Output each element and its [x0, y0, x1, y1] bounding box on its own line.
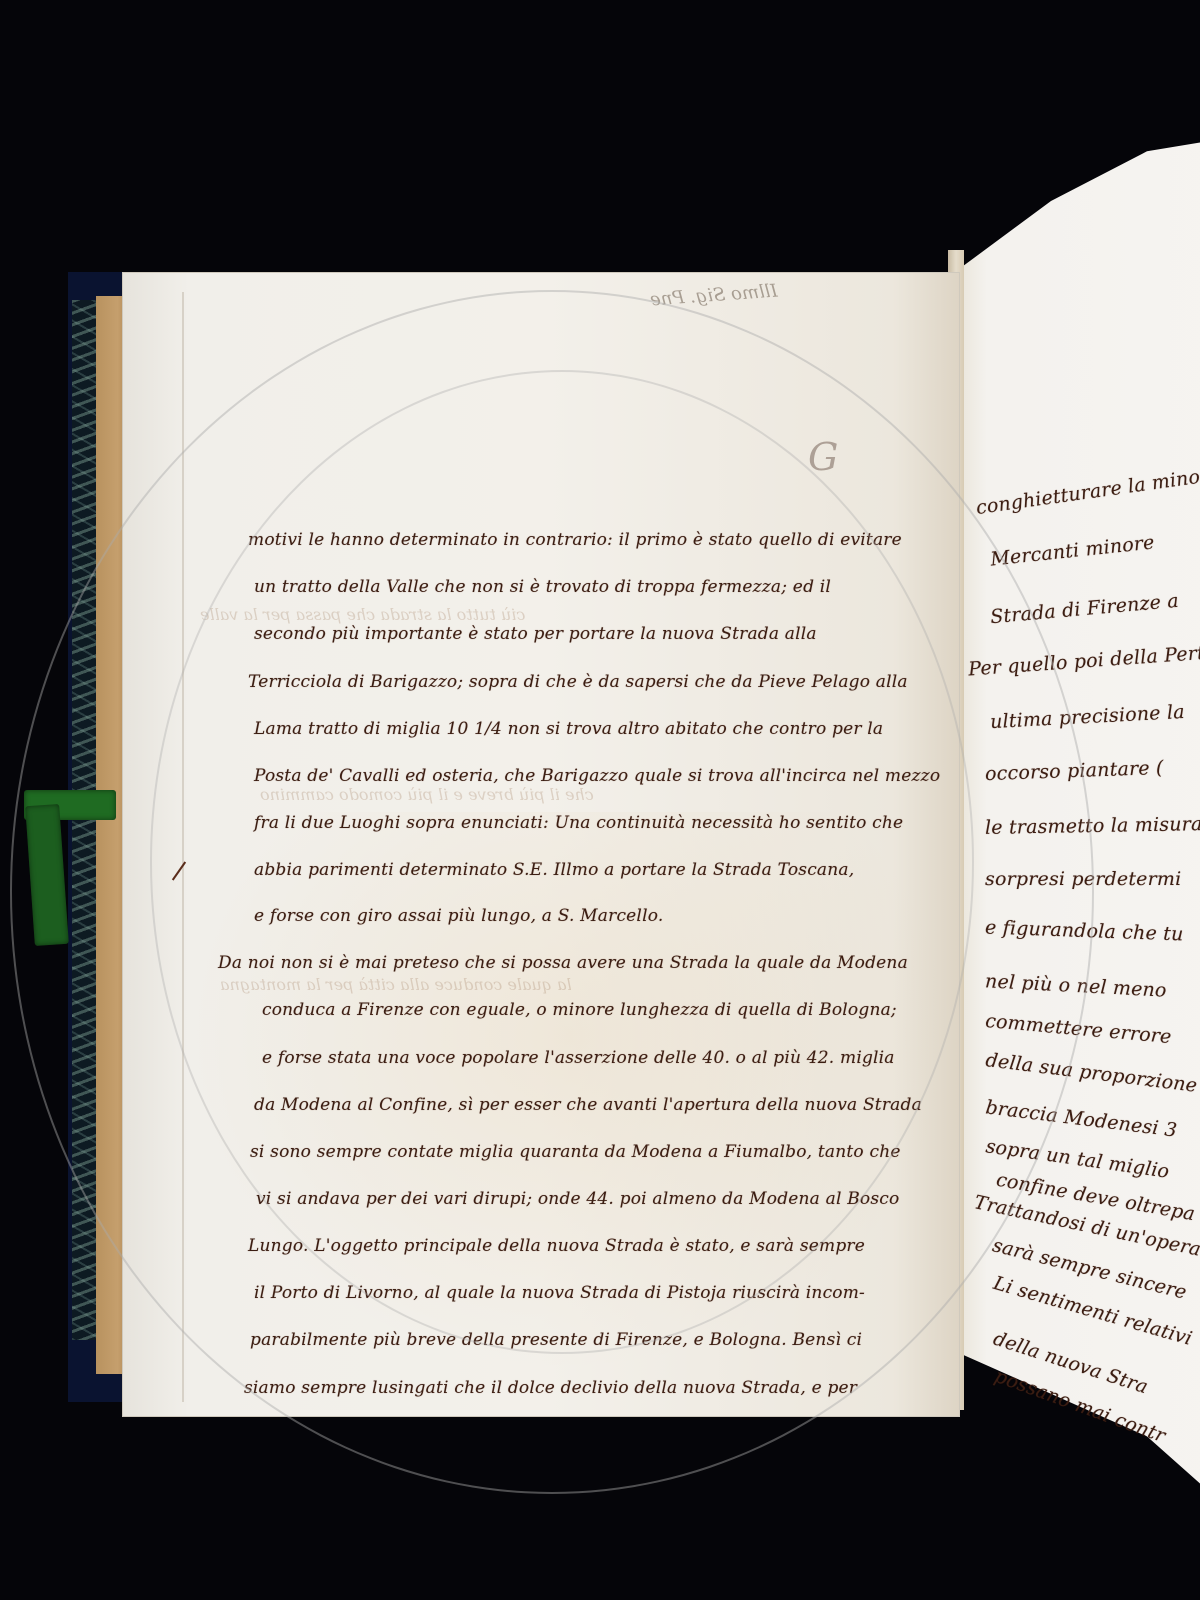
manuscript-line: Lama tratto di miglia 10 1/4 non si trov… [254, 719, 883, 739]
manuscript-line: secondo più importante è stato per porta… [254, 624, 817, 644]
folio-mark: G [808, 435, 838, 479]
manuscript-line: conduca a Firenze con eguale, o minore l… [262, 1000, 897, 1020]
manuscript-line: braccia Modenesi 3 [984, 1096, 1178, 1141]
manuscript-line: le trasmetto la misura [985, 813, 1200, 839]
bleed-through-text: la quale conduce alla città per la monta… [220, 975, 572, 994]
manuscript-line: il Porto di Livorno, al quale la nuova S… [254, 1283, 865, 1303]
manuscript-line: fra li due Luoghi sopra enunciati: Una c… [254, 813, 903, 833]
green-ribbon-tail [25, 804, 69, 946]
manuscript-line: si sono sempre contate miglia quaranta d… [250, 1142, 901, 1162]
manuscript-line: Mercanti minore [989, 531, 1155, 570]
manuscript-line: da Modena al Confine, sì per esser che a… [254, 1095, 922, 1115]
manuscript-line: ultima precisione la [990, 701, 1186, 733]
bleed-through-text: che il più breve e il più comodo cammino [260, 785, 594, 804]
manuscript-line: e forse stata una voce popolare l'asserz… [262, 1048, 895, 1068]
manuscript-line: commettere errore [984, 1010, 1172, 1048]
manuscript-line: occorso piantare ( [985, 757, 1164, 785]
manuscript-line: un tratto della Valle che non si è trova… [254, 577, 831, 597]
manuscript-line: della sua proporzione [984, 1049, 1198, 1097]
manuscript-line: e forse con giro assai più lungo, a S. M… [254, 906, 663, 926]
manuscript-line: vi si andava per dei vari dirupi; onde 4… [256, 1189, 899, 1209]
manuscript-line: nel più o nel meno [985, 970, 1168, 1001]
photo-background: Illmo Sig. Pne G ciù tutto la strada che… [0, 0, 1200, 1600]
manuscript-line: sorpresi perdetermi [985, 868, 1181, 890]
bleed-through-text: ciù tutto la strada che passa per la val… [200, 605, 525, 624]
manuscript-line: siamo sempre lusingati che il dolce decl… [244, 1378, 857, 1398]
manuscript-line: Per quello poi della Perti [968, 642, 1200, 681]
manuscript-line: Terricciola di Barigazzo; sopra di che è… [248, 672, 908, 692]
marbled-endpaper [72, 300, 98, 1340]
manuscript-line: conghietturare la minore [975, 463, 1200, 519]
manuscript-line: parabilmente più breve della presente di… [250, 1330, 862, 1350]
manuscript-line: e figurandola che tu [985, 917, 1184, 946]
manuscript-line: motivi le hanno determinato in contrario… [248, 530, 902, 550]
manuscript-line: abbia parimenti determinato S.E. Illmo a… [254, 860, 854, 880]
manuscript-line: Lungo. L'oggetto principale della nuova … [248, 1236, 865, 1256]
manuscript-line: Da noi non si è mai preteso che si possa… [218, 953, 908, 973]
manuscript-line: Strada di Firenze a [989, 590, 1179, 628]
manuscript-line: Posta de' Cavalli ed osteria, che Bariga… [254, 766, 940, 786]
